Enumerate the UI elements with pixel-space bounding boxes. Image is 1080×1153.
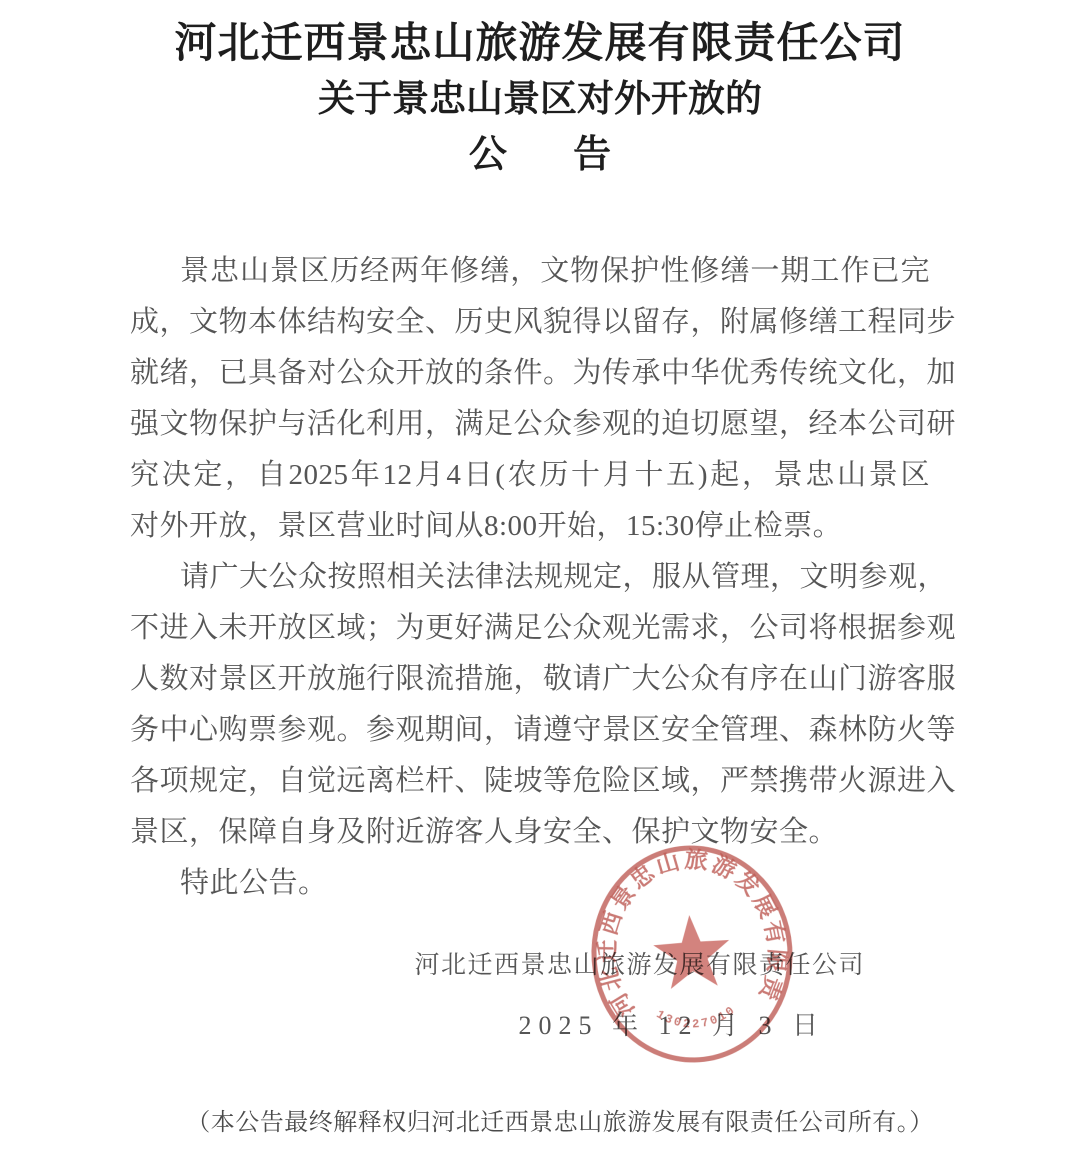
title-block: 河北迁西景忠山旅游发展有限责任公司 关于景忠山景区对外开放的 公 告 [0,14,1080,182]
title-company-line: 河北迁西景忠山旅游发展有限责任公司 [0,14,1080,72]
body-line: 对外开放，景区营业时间从8:00开始，15:30停止检票。 [130,501,930,552]
title-notice-word: 公 告 [0,129,1080,182]
title-subject-line: 关于景忠山景区对外开放的 [0,73,1080,125]
body-line: 成，文物本体结构安全、历史风貌得以留存，附属修缮工程同步 [130,297,930,348]
body-line: 不进入未开放区域；为更好满足公众观光需求，公司将根据参观 [130,603,930,654]
body-line: 各项规定，自觉远离栏杆、陡坡等危险区域，严禁携带火源进入 [130,756,930,807]
body-line: 特此公告。 [130,858,930,909]
body-line: 就绪，已具备对公众开放的条件。为传承中华优秀传统文化，加 [130,348,930,399]
body-line: 强文物保护与活化利用，满足公众参观的迫切愿望，经本公司研 [130,399,930,450]
announcement-body: 景忠山景区历经两年修缮，文物保护性修缮一期工作已完成，文物本体结构安全、历史风貌… [130,246,930,909]
body-line: 人数对景区开放施行限流措施，敬请广大公众有序在山门游客服 [130,654,930,705]
paragraph: 请广大公众按照相关法律法规规定，服从管理，文明参观，不进入未开放区域；为更好满足… [130,552,930,858]
signature-company: 河北迁西景忠山旅游发展有限责任公司 [0,947,1080,985]
signature-date: 2025 年 12 月 3 日 [0,1007,1080,1045]
paragraph: 景忠山景区历经两年修缮，文物保护性修缮一期工作已完成，文物本体结构安全、历史风貌… [130,246,930,552]
paragraph: 特此公告。 [130,858,930,909]
announcement-page: 河北迁西景忠山旅游发展有限责任公司 关于景忠山景区对外开放的 公 告 景忠山景区… [0,0,1080,1153]
body-line: 究决定，自2025年12月4日(农历十月十五)起，景忠山景区 [130,450,930,501]
body-line: 请广大公众按照相关法律法规规定，服从管理，文明参观， [130,552,930,603]
body-line: 景忠山景区历经两年修缮，文物保护性修缮一期工作已完 [130,246,930,297]
footnote: （本公告最终解释权归河北迁西景忠山旅游发展有限责任公司所有。） [0,1103,1080,1143]
body-line: 景区，保障自身及附近游客人身安全、保护文物安全。 [130,807,930,858]
body-line: 务中心购票参观。参观期间，请遵守景区安全管理、森林防火等 [130,705,930,756]
